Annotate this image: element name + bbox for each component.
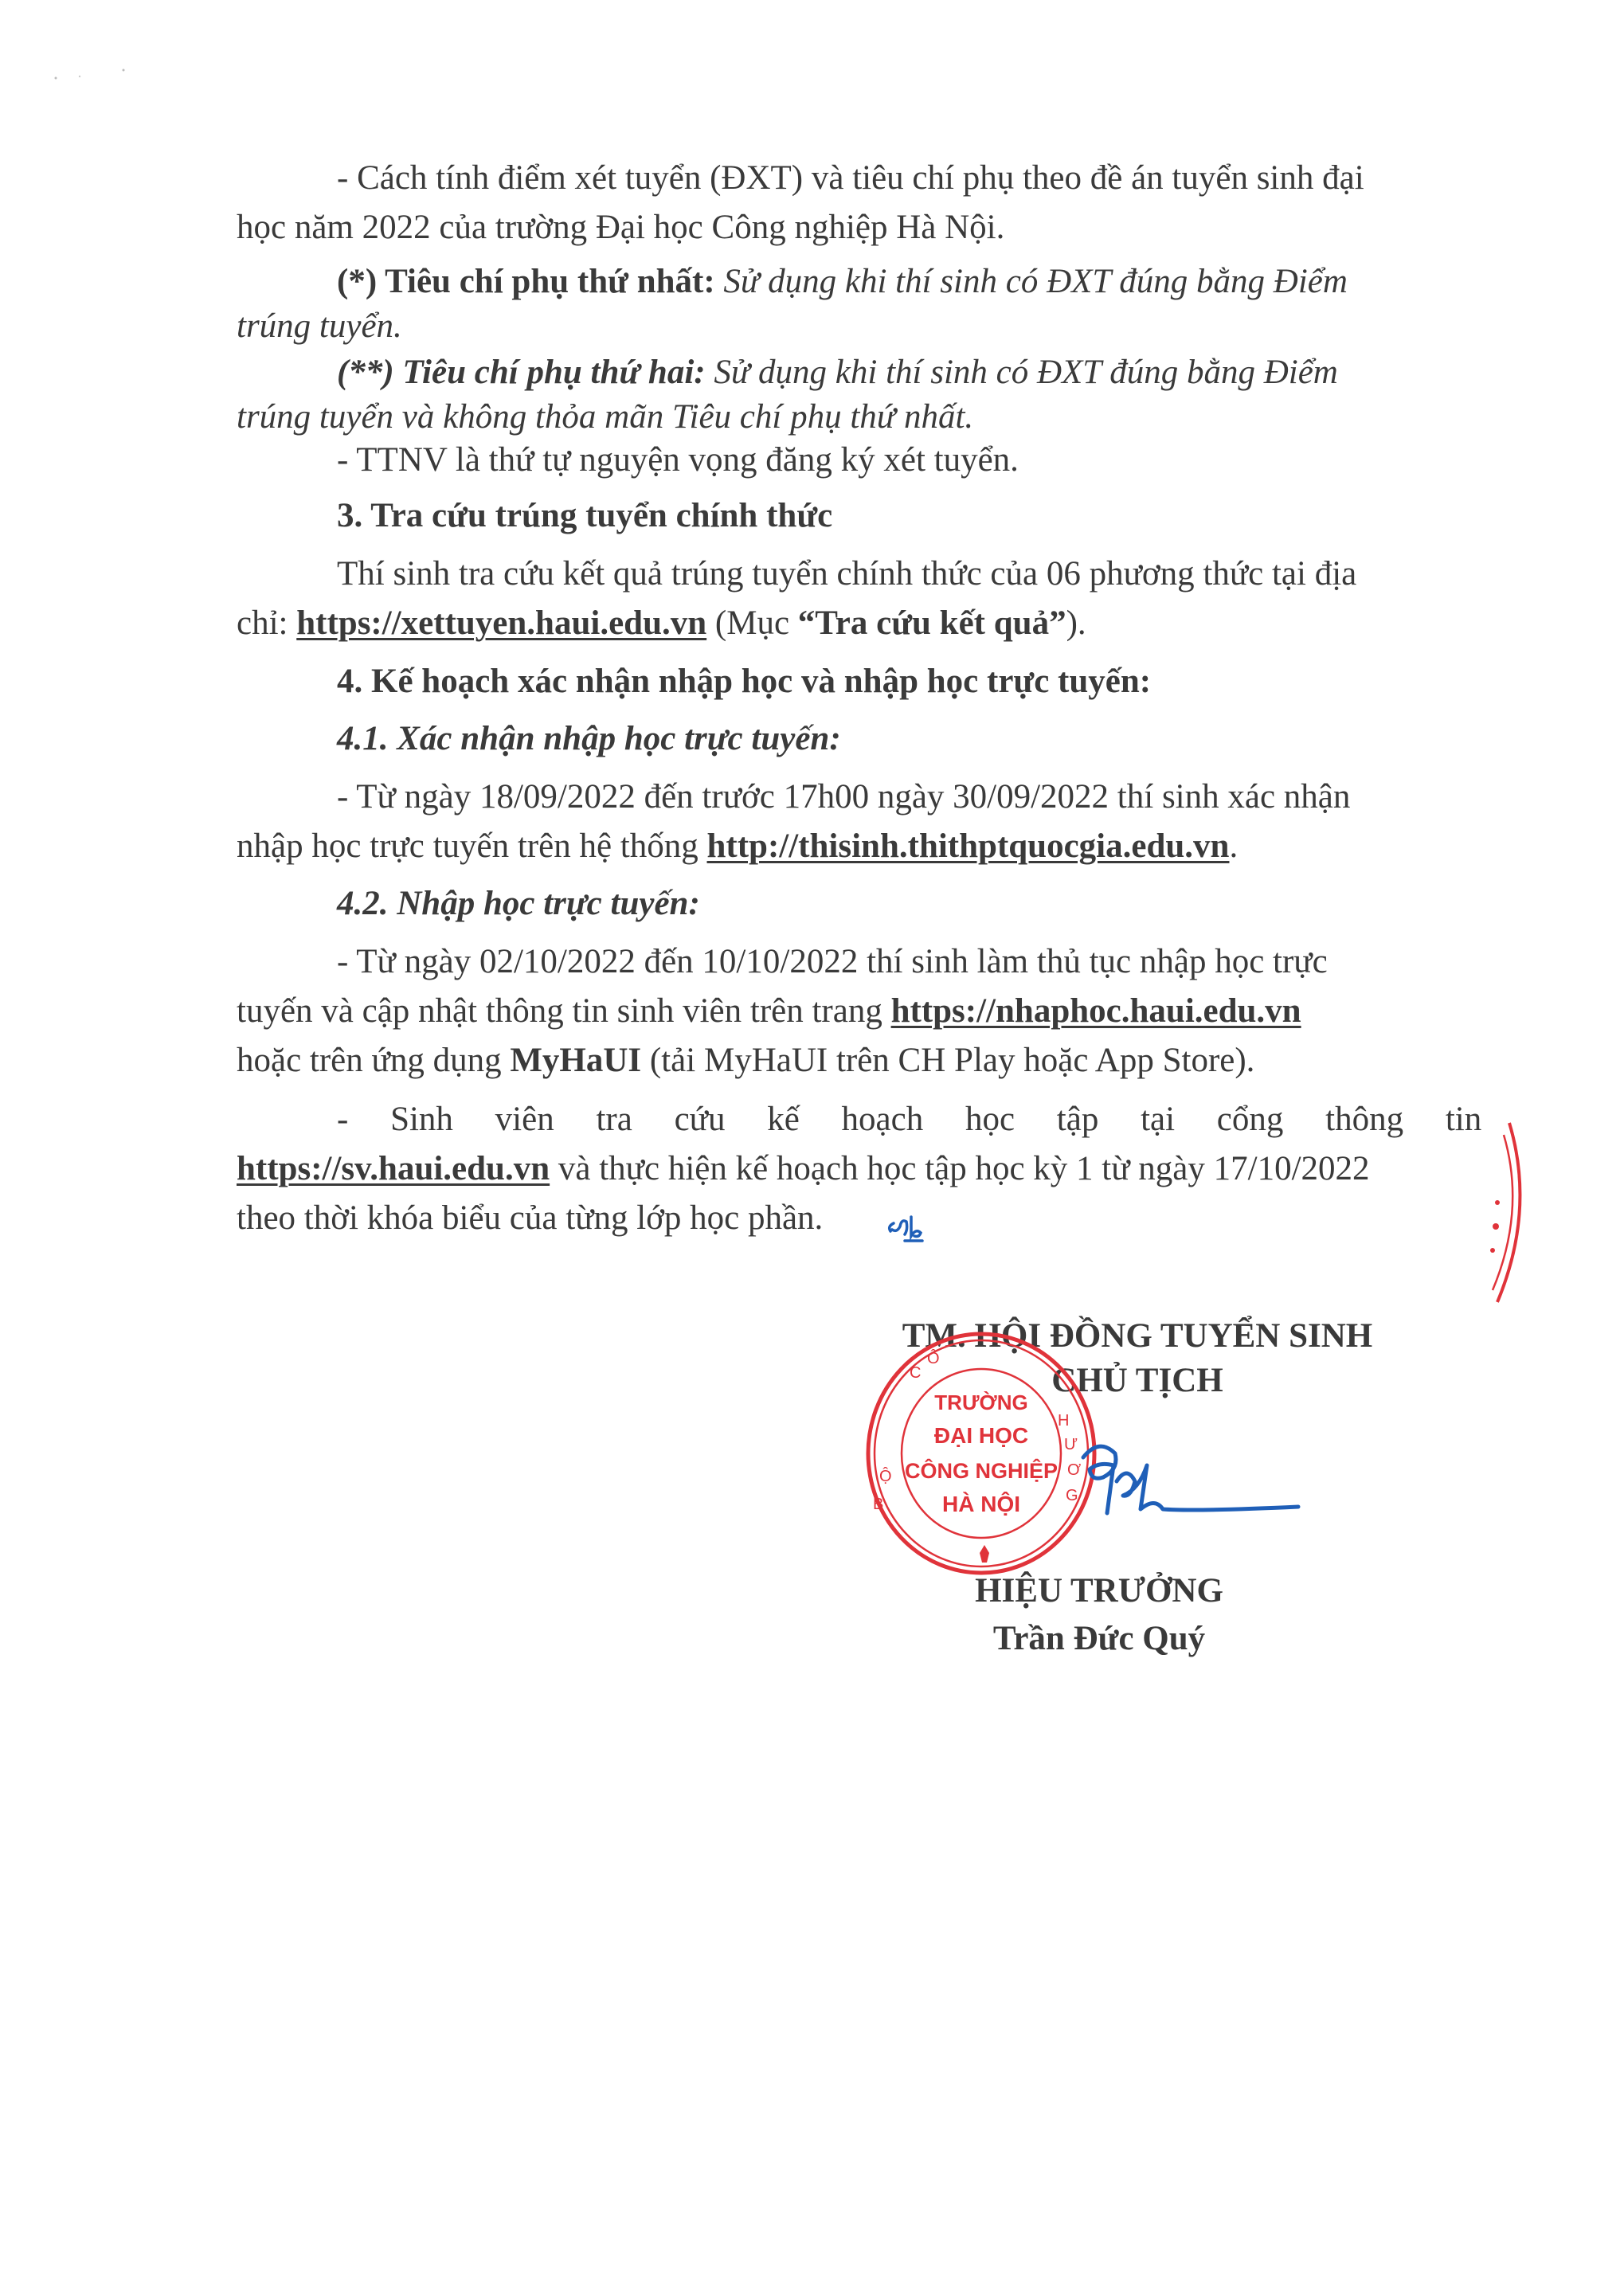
criterion-one-label: (*) Tiêu chí phụ thứ nhất: — [337, 263, 715, 300]
confirm-enrollment-line2: nhập học trực tuyến trên hệ thống http:/… — [237, 824, 1469, 869]
text: (tải MyHaUI trên CH Play hoặc App Store)… — [641, 1042, 1254, 1079]
criterion-one-line1: (*) Tiêu chí phụ thứ nhất: Sử dụng khi t… — [337, 260, 1469, 304]
text: 3. Tra cứu trúng tuyển chính thức — [337, 497, 832, 534]
initials-mark-icon — [884, 1209, 948, 1249]
text: trúng tuyển và không thỏa mãn Tiêu chí p… — [237, 398, 973, 436]
text: Thí sinh tra cứu kết quả trúng tuyển chí… — [337, 555, 1356, 593]
text: học năm 2022 của trường Đại học Công ngh… — [237, 209, 1004, 246]
thisinh-link[interactable]: http://thisinh.thithptquocgia.edu.vn — [707, 827, 1230, 865]
paragraph-scoring-note-line2: học năm 2022 của trường Đại học Công ngh… — [237, 205, 1469, 250]
criterion-two-label: (**) Tiêu chí phụ thứ hai: — [337, 354, 706, 391]
svg-text:CÔNG NGHIỆP: CÔNG NGHIỆP — [905, 1458, 1058, 1483]
text: - Từ ngày 02/10/2022 đến 10/10/2022 thí … — [337, 943, 1328, 980]
text: (Mục — [706, 604, 798, 642]
text: chỉ: — [237, 604, 296, 642]
text: hoặc trên ứng dụng — [237, 1042, 510, 1079]
lookup-paragraph-line2: chỉ: https://xettuyen.haui.edu.vn (Mục “… — [237, 601, 1469, 646]
handwritten-signature — [1067, 1434, 1306, 1521]
online-enrollment-line3: hoặc trên ứng dụng MyHaUI (tải MyHaUI tr… — [237, 1038, 1469, 1083]
text: - Sinh viên tra cứu kế hoạch học tập tại… — [337, 1101, 1481, 1138]
text: trúng tuyển. — [237, 307, 402, 345]
paragraph-scoring-note-line1: - Cách tính điểm xét tuyển (ĐXT) và tiêu… — [337, 156, 1469, 201]
svg-text:ĐẠI HỌC: ĐẠI HỌC — [934, 1423, 1028, 1448]
text: HIỆU TRƯỞNG — [975, 1572, 1223, 1610]
section-4-1-heading: 4.1. Xác nhận nhập học trực tuyến: — [337, 717, 1469, 761]
text: - Cách tính điểm xét tuyển (ĐXT) và tiêu… — [337, 159, 1364, 197]
svg-text:TRƯỜNG: TRƯỜNG — [934, 1391, 1027, 1414]
text: 4.2. Nhập học trực tuyến: — [337, 885, 700, 922]
text: và thực hiện kế hoạch học tập học kỳ 1 t… — [550, 1150, 1369, 1187]
study-plan-line2: https://sv.haui.edu.vn và thực hiện kế h… — [237, 1147, 1469, 1191]
criterion-two-line1: (**) Tiêu chí phụ thứ hai: Sử dụng khi t… — [337, 350, 1469, 395]
xettuyen-link[interactable]: https://xettuyen.haui.edu.vn — [296, 604, 706, 642]
criterion-one-text: Sử dụng khi thí sinh có ĐXT đúng bằng Đi… — [715, 263, 1348, 300]
text: 4.1. Xác nhận nhập học trực tuyến: — [337, 720, 841, 757]
page-edge-stamp-fragment — [1489, 1115, 1537, 1306]
online-enrollment-line2: tuyến và cập nhật thông tin sinh viên tr… — [237, 989, 1469, 1034]
svg-text:B: B — [873, 1496, 883, 1513]
confirm-enrollment-line1: - Từ ngày 18/09/2022 đến trước 17h00 ngà… — [337, 775, 1469, 819]
svg-text:H: H — [1058, 1412, 1069, 1430]
text: . — [1229, 827, 1238, 865]
document-page: - Cách tính điểm xét tuyển (ĐXT) và tiêu… — [0, 0, 1624, 2296]
signatory-name: Trần Đức Quý — [876, 1617, 1322, 1661]
text: theo thời khóa biểu của từng lớp học phầ… — [237, 1199, 823, 1237]
svg-text:HÀ NỘI: HÀ NỘI — [942, 1491, 1020, 1516]
nhaphoc-link[interactable]: https://nhaphoc.haui.edu.vn — [891, 992, 1301, 1030]
signature-title: HIỆU TRƯỞNG — [876, 1569, 1322, 1613]
ttnv-note: - TTNV là thứ tự nguyện vọng đăng ký xét… — [337, 438, 1469, 483]
section-4-heading: 4. Kế hoạch xác nhận nhập học và nhập họ… — [337, 659, 1469, 704]
text: Trần Đức Quý — [993, 1620, 1205, 1657]
sv-haui-link[interactable]: https://sv.haui.edu.vn — [237, 1150, 550, 1187]
section-4-2-heading: 4.2. Nhập học trực tuyến: — [337, 882, 1469, 926]
svg-text:Ô: Ô — [927, 1349, 940, 1367]
text: ). — [1066, 604, 1086, 642]
criterion-two-line2: trúng tuyển và không thỏa mãn Tiêu chí p… — [237, 395, 1469, 440]
online-enrollment-line1: - Từ ngày 02/10/2022 đến 10/10/2022 thí … — [337, 940, 1469, 984]
text: nhập học trực tuyến trên hệ thống — [237, 827, 707, 865]
menu-reference: “Tra cứu kết quả” — [798, 604, 1066, 642]
criterion-one-line2: trúng tuyển. — [237, 304, 1469, 349]
text: 4. Kế hoạch xác nhận nhập học và nhập họ… — [337, 663, 1151, 700]
scan-artifact-mark — [48, 64, 143, 88]
study-plan-line1: - Sinh viên tra cứu kế hoạch học tập tại… — [337, 1097, 1469, 1142]
text: - TTNV là thứ tự nguyện vọng đăng ký xét… — [337, 441, 1019, 479]
criterion-two-text: Sử dụng khi thí sinh có ĐXT đúng bằng Đi… — [706, 354, 1338, 391]
section-3-heading: 3. Tra cứu trúng tuyển chính thức — [337, 494, 1469, 538]
study-plan-line3: theo thời khóa biểu của từng lớp học phầ… — [237, 1196, 1469, 1241]
text: - Từ ngày 18/09/2022 đến trước 17h00 ngà… — [337, 778, 1350, 816]
svg-text:Ộ: Ộ — [879, 1467, 892, 1485]
app-name: MyHaUI — [510, 1042, 641, 1079]
text: tuyến và cập nhật thông tin sinh viên tr… — [237, 992, 891, 1030]
svg-text:C: C — [910, 1364, 921, 1382]
lookup-paragraph-line1: Thí sinh tra cứu kết quả trúng tuyển chí… — [337, 552, 1469, 596]
